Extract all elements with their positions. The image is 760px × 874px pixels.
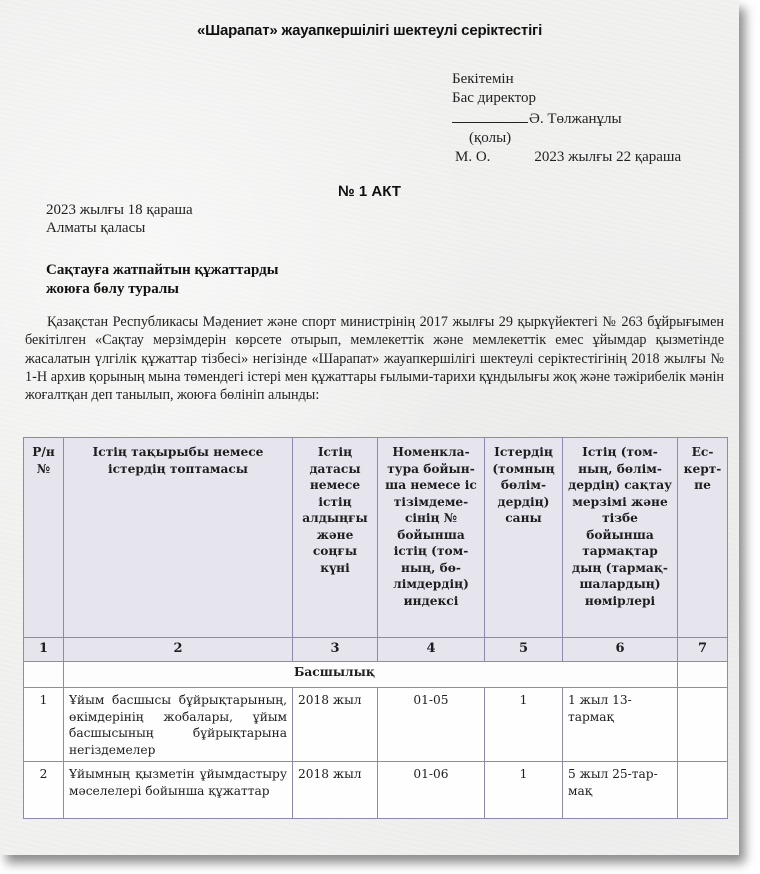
signature-line — [452, 108, 528, 123]
column-number: 6 — [563, 638, 678, 662]
subject-line-2: жоюға бөлу туралы — [46, 280, 278, 299]
header-date: Істің датасы немесе істің алдыңғы және с… — [293, 438, 378, 638]
header-title: Істің тақырыбы немесе істердің топтамасы — [64, 438, 293, 638]
row-number: 1 — [24, 688, 64, 762]
act-body-paragraph: Қазақстан Республикасы Мәдениет және спо… — [25, 313, 724, 404]
header-count: Істердің (том­ның бөлім­дердің) саны — [485, 438, 563, 638]
act-date-place: 2023 жылғы 18 қараша Алматы қаласы — [46, 201, 193, 237]
act-city: Алматы қаласы — [46, 219, 193, 237]
section-label: Басшылық — [64, 662, 678, 688]
table-header-row: Р/н № Істің тақырыбы немесе істердің топ… — [24, 438, 728, 638]
row-date: 2018 жыл — [293, 688, 378, 762]
organization-title: «Шарапат» жауапкершілігі шектеулі серікт… — [0, 22, 739, 39]
column-number: 7 — [678, 638, 728, 662]
approval-block: Бекітемін Бас директор Ә. Төлжанұлы (қол… — [452, 70, 681, 167]
column-number-row: 1 2 3 4 5 6 7 — [24, 638, 728, 662]
row-index: 01-06 — [378, 762, 485, 819]
column-number: 2 — [64, 638, 293, 662]
act-title: № 1 АКТ — [0, 183, 739, 200]
act-subject: Сақтауға жатпайтын құжаттарды жоюға бөлу… — [46, 261, 278, 299]
signature-line-row: Ә. Төлжанұлы — [452, 108, 681, 129]
table-row: 1 Ұйым басшысы бұйрықта­рының, өкімдерін… — [24, 688, 728, 762]
header-note: Ес­керт­пе — [678, 438, 728, 638]
row-date: 2018 жыл — [293, 762, 378, 819]
seal-mark: М. О. — [455, 149, 490, 165]
row-title: Ұйым басшысы бұйрықта­рының, өкімдерінің… — [64, 688, 293, 762]
approval-date: 2023 жылғы 22 қараша — [534, 149, 681, 165]
signature-caption: (қолы) — [452, 129, 681, 148]
column-number: 3 — [293, 638, 378, 662]
section-empty-cell — [678, 662, 728, 688]
table-row: 2 Ұйымның қызметін ұйымдас­тыру мәселеле… — [24, 762, 728, 819]
section-empty-cell — [24, 662, 64, 688]
row-count: 1 — [485, 762, 563, 819]
act-date: 2023 жылғы 18 қараша — [46, 201, 193, 219]
document-page: «Шарапат» жауапкершілігі шектеулі серікт… — [0, 0, 739, 855]
row-retention: 5 жыл 25-тар­мақ — [563, 762, 678, 819]
seal-date-row: М. О.2023 жылғы 22 қараша — [452, 148, 681, 167]
header-retention: Істің (том­ның, бөлім­дердің) сақтау мер… — [563, 438, 678, 638]
section-row: Басшылық — [24, 662, 728, 688]
row-retention: 1 жыл 13-тармақ — [563, 688, 678, 762]
column-number: 4 — [378, 638, 485, 662]
subject-line-1: Сақтауға жатпайтын құжаттарды — [46, 261, 278, 280]
column-number: 1 — [24, 638, 64, 662]
header-number: Р/н № — [24, 438, 64, 638]
signatory-position: Бас директор — [452, 89, 681, 108]
signatory-name: Ә. Төлжанұлы — [529, 111, 622, 127]
row-note — [678, 688, 728, 762]
approved-label: Бекітемін — [452, 70, 681, 89]
row-number: 2 — [24, 762, 64, 819]
row-count: 1 — [485, 688, 563, 762]
row-note — [678, 762, 728, 819]
row-index: 01-05 — [378, 688, 485, 762]
column-number: 5 — [485, 638, 563, 662]
documents-table: Р/н № Істің тақырыбы немесе істердің топ… — [23, 437, 728, 819]
row-title: Ұйымның қызметін ұйымдас­тыру мәселелері… — [64, 762, 293, 819]
header-index: Номенкла­тура бойын­ша немесе іс тізімде… — [378, 438, 485, 638]
